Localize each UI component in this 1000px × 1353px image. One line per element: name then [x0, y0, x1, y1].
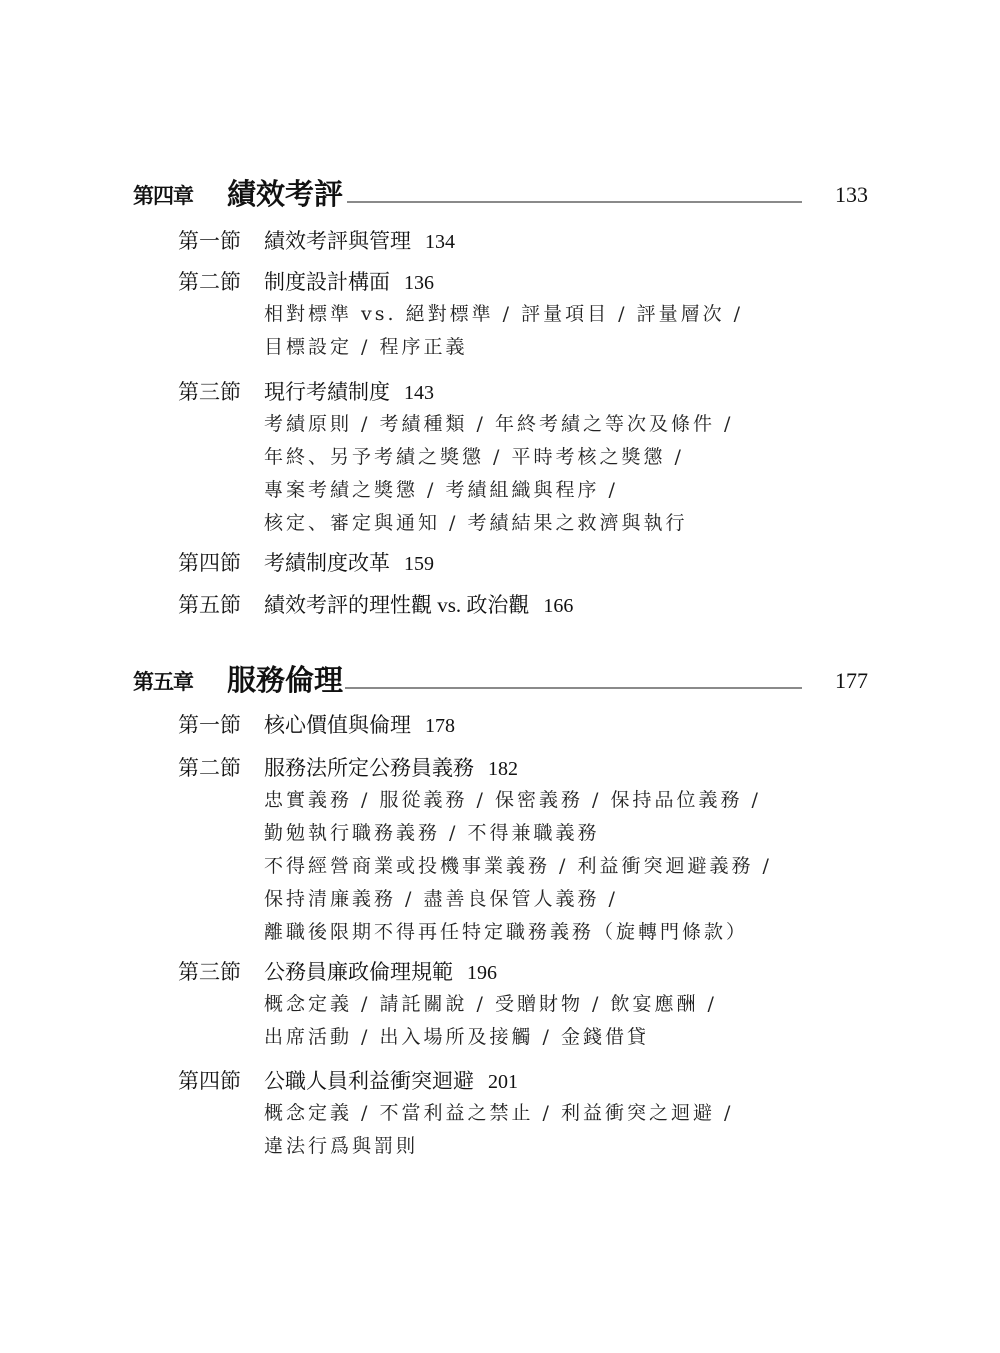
- section-topics: 相對標準 vs. 絕對標準 / 評量項目 / 評量層次 / 目標設定 / 程序正…: [264, 298, 858, 364]
- section-label: 第五節: [178, 590, 264, 620]
- chapter-label: 第四章: [133, 180, 193, 210]
- chapter-title: 績效考評: [227, 172, 343, 213]
- section-4-2: 第二節制度設計構面136 相對標準 vs. 絕對標準 / 評量項目 / 評量層次…: [178, 267, 858, 364]
- section-5-2: 第二節服務法所定公務員義務182 忠實義務 / 服從義務 / 保密義務 / 保持…: [178, 753, 858, 949]
- section-title: 核心價值與倫理: [264, 713, 411, 737]
- section-4-5: 第五節績效考評的理性觀 vs. 政治觀166: [178, 590, 858, 621]
- section-heading[interactable]: 第一節績效考評與管理134: [178, 226, 858, 257]
- chapter-heading: 第五章 服務倫理 177: [133, 658, 873, 698]
- section-title: 績效考評的理性觀 vs. 政治觀: [264, 593, 529, 617]
- section-heading[interactable]: 第二節服務法所定公務員義務182: [178, 753, 858, 784]
- section-title: 考績制度改革: [264, 551, 390, 575]
- section-page-number: 134: [425, 231, 455, 253]
- section-topics: 概念定義 / 請託關說 / 受贈財物 / 飲宴應酬 / 出席活動 / 出入場所及…: [264, 988, 858, 1054]
- section-title: 服務法所定公務員義務: [264, 756, 474, 780]
- section-page-number: 178: [425, 715, 455, 737]
- section-5-1: 第一節核心價值與倫理178: [178, 710, 858, 741]
- section-5-3: 第三節公務員廉政倫理規範196 概念定義 / 請託關說 / 受贈財物 / 飲宴應…: [178, 957, 858, 1054]
- section-title: 現行考績制度: [264, 380, 390, 404]
- section-title: 績效考評與管理: [264, 229, 411, 253]
- topic-line: 概念定義 / 不當利益之禁止 / 利益衝突之迴避 /: [264, 1097, 858, 1130]
- chapter-rule: [347, 201, 802, 203]
- topic-line: 年終、另予考績之獎懲 / 平時考核之獎懲 /: [264, 441, 858, 474]
- section-page-number: 196: [467, 962, 497, 984]
- section-heading[interactable]: 第二節制度設計構面136: [178, 267, 858, 298]
- chapter-page-number: 133: [835, 182, 868, 208]
- chapter-title: 服務倫理: [227, 658, 343, 699]
- section-label: 第四節: [178, 548, 264, 578]
- section-label: 第一節: [178, 710, 264, 740]
- chapter-page-number: 177: [835, 668, 868, 694]
- section-label: 第四節: [178, 1066, 264, 1096]
- section-label: 第二節: [178, 753, 264, 783]
- topic-line: 目標設定 / 程序正義: [264, 331, 858, 364]
- section-heading[interactable]: 第三節現行考績制度143: [178, 377, 858, 408]
- topic-line: 不得經營商業或投機事業義務 / 利益衝突迴避義務 /: [264, 850, 858, 883]
- section-label: 第一節: [178, 226, 264, 256]
- section-heading[interactable]: 第三節公務員廉政倫理規範196: [178, 957, 858, 988]
- section-label: 第二節: [178, 267, 264, 297]
- section-page-number: 166: [543, 595, 573, 617]
- section-topics: 概念定義 / 不當利益之禁止 / 利益衝突之迴避 / 違法行爲與罰則: [264, 1097, 858, 1163]
- topic-line: 概念定義 / 請託關說 / 受贈財物 / 飲宴應酬 /: [264, 988, 858, 1021]
- topic-line: 考績原則 / 考績種類 / 年終考績之等次及條件 /: [264, 408, 858, 441]
- section-5-4: 第四節公職人員利益衝突迴避201 概念定義 / 不當利益之禁止 / 利益衝突之迴…: [178, 1066, 858, 1163]
- section-label: 第三節: [178, 377, 264, 407]
- topic-line: 違法行爲與罰則: [264, 1130, 858, 1163]
- section-label: 第三節: [178, 957, 264, 987]
- chapter-label: 第五章: [133, 666, 193, 696]
- chapter-rule: [345, 687, 802, 689]
- section-heading[interactable]: 第五節績效考評的理性觀 vs. 政治觀166: [178, 590, 858, 621]
- section-topics: 忠實義務 / 服從義務 / 保密義務 / 保持品位義務 / 勤勉執行職務義務 /…: [264, 784, 858, 949]
- section-title: 公職人員利益衝突迴避: [264, 1069, 474, 1093]
- topic-line: 核定、審定與通知 / 考績結果之救濟與執行: [264, 507, 858, 540]
- section-4-1: 第一節績效考評與管理134: [178, 226, 858, 257]
- section-page-number: 143: [404, 382, 434, 404]
- section-heading[interactable]: 第一節核心價值與倫理178: [178, 710, 858, 741]
- topic-line: 出席活動 / 出入場所及接觸 / 金錢借貸: [264, 1021, 858, 1054]
- topic-line: 專案考績之獎懲 / 考績組織與程序 /: [264, 474, 858, 507]
- section-heading[interactable]: 第四節考績制度改革159: [178, 548, 858, 579]
- section-page-number: 159: [404, 553, 434, 575]
- section-page-number: 182: [488, 758, 518, 780]
- topic-line: 保持清廉義務 / 盡善良保管人義務 /: [264, 883, 858, 916]
- topic-line: 忠實義務 / 服從義務 / 保密義務 / 保持品位義務 /: [264, 784, 858, 817]
- topic-line: 勤勉執行職務義務 / 不得兼職義務: [264, 817, 858, 850]
- topic-line: 相對標準 vs. 絕對標準 / 評量項目 / 評量層次 /: [264, 298, 858, 331]
- topic-line: 離職後限期不得再任特定職務義務（旋轉門條款）: [264, 916, 858, 949]
- section-title: 公務員廉政倫理規範: [264, 960, 453, 984]
- section-4-3: 第三節現行考績制度143 考績原則 / 考績種類 / 年終考績之等次及條件 / …: [178, 377, 858, 540]
- section-heading[interactable]: 第四節公職人員利益衝突迴避201: [178, 1066, 858, 1097]
- section-page-number: 201: [488, 1071, 518, 1093]
- chapter-heading: 第四章 績效考評 133: [133, 172, 873, 212]
- section-title: 制度設計構面: [264, 270, 390, 294]
- section-4-4: 第四節考績制度改革159: [178, 548, 858, 579]
- section-page-number: 136: [404, 272, 434, 294]
- section-topics: 考績原則 / 考績種類 / 年終考績之等次及條件 / 年終、另予考績之獎懲 / …: [264, 408, 858, 540]
